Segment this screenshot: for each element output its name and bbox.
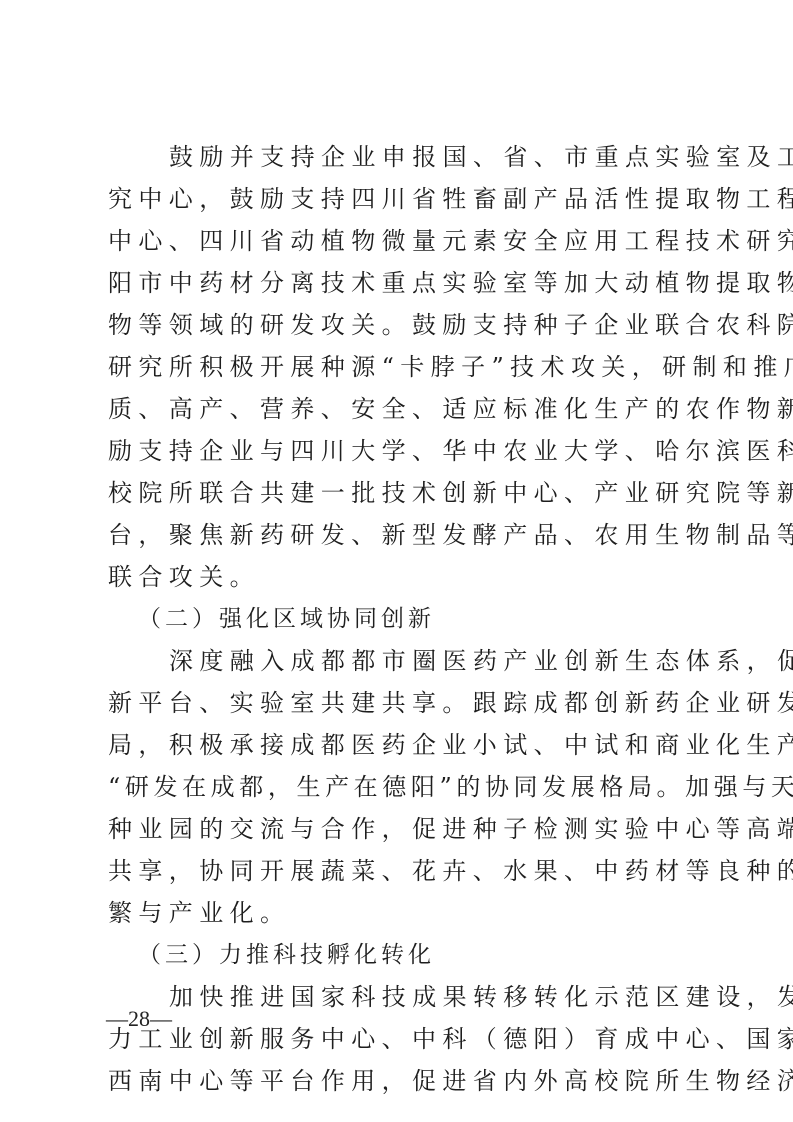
paragraph-line: 联合攻关。 (108, 556, 688, 598)
paragraph-line: 鼓励并支持企业申报国、省、市重点实验室及工程技术研 (108, 136, 688, 178)
paragraph-line: 究中心，鼓励支持四川省牲畜副产品活性提取物工程技术研究 (108, 178, 688, 220)
paragraph-line: “研发在成都，生产在德阳”的协同发展格局。加强与天府现代 (108, 766, 688, 808)
paragraph-line: 力工业创新服务中心、中科（德阳）育成中心、国家技术转移 (108, 1018, 688, 1060)
paragraph-line: 局，积极承接成都医药企业小试、中试和商业化生产，形成 (108, 724, 688, 766)
document-page: 鼓励并支持企业申报国、省、市重点实验室及工程技术研 究中心，鼓励支持四川省牲畜副… (0, 0, 793, 1122)
paragraph-line: 种业园的交流与合作，促进种子检测实验中心等高端平台共建 (108, 808, 688, 850)
paragraph-line: 物等领域的研发攻关。鼓励支持种子企业联合农科院水稻高粱 (108, 304, 688, 346)
paragraph-line: 质、高产、营养、安全、适应标准化生产的农作物新品种。鼓 (108, 388, 688, 430)
paragraph-line: 中心、四川省动植物微量元素安全应用工程技术研究中心、德 (108, 220, 688, 262)
page-number: —28— (106, 1006, 172, 1032)
section-heading: （三）力推科技孵化转化 (108, 934, 688, 976)
paragraph-line: 校院所联合共建一批技术创新中心、产业研究院等新型研发平 (108, 472, 688, 514)
paragraph-line: 西南中心等平台作用，促进省内外高校院所生物经济关联学科 (108, 1060, 688, 1102)
paragraph-line: 阳市中药材分离技术重点实验室等加大动植物提取物、抗体药 (108, 262, 688, 304)
paragraph-line: 繁与产业化。 (108, 892, 688, 934)
section-heading: （二）强化区域协同创新 (108, 598, 688, 640)
paragraph-line: 新平台、实验室共建共享。跟踪成都创新药企业研发管线布 (108, 682, 688, 724)
paragraph-line: 共享，协同开展蔬菜、花卉、水果、中药材等良种的培育、扩 (108, 850, 688, 892)
paragraph-line: 台，聚焦新药研发、新型发酵产品、农用生物制品等领域开展 (108, 514, 688, 556)
paragraph-line: 加快推进国家科技成果转移转化示范区建设，发挥德阳助 (108, 976, 688, 1018)
paragraph-line: 励支持企业与四川大学、华中农业大学、哈尔滨医科大学等高 (108, 430, 688, 472)
document-body: 鼓励并支持企业申报国、省、市重点实验室及工程技术研 究中心，鼓励支持四川省牲畜副… (108, 136, 688, 1102)
paragraph-line: 深度融入成都都市圈医药产业创新生态体系，促进优势创 (108, 640, 688, 682)
paragraph-line: 研究所积极开展种源“卡脖子”技术攻关，研制和推广一批优 (108, 346, 688, 388)
